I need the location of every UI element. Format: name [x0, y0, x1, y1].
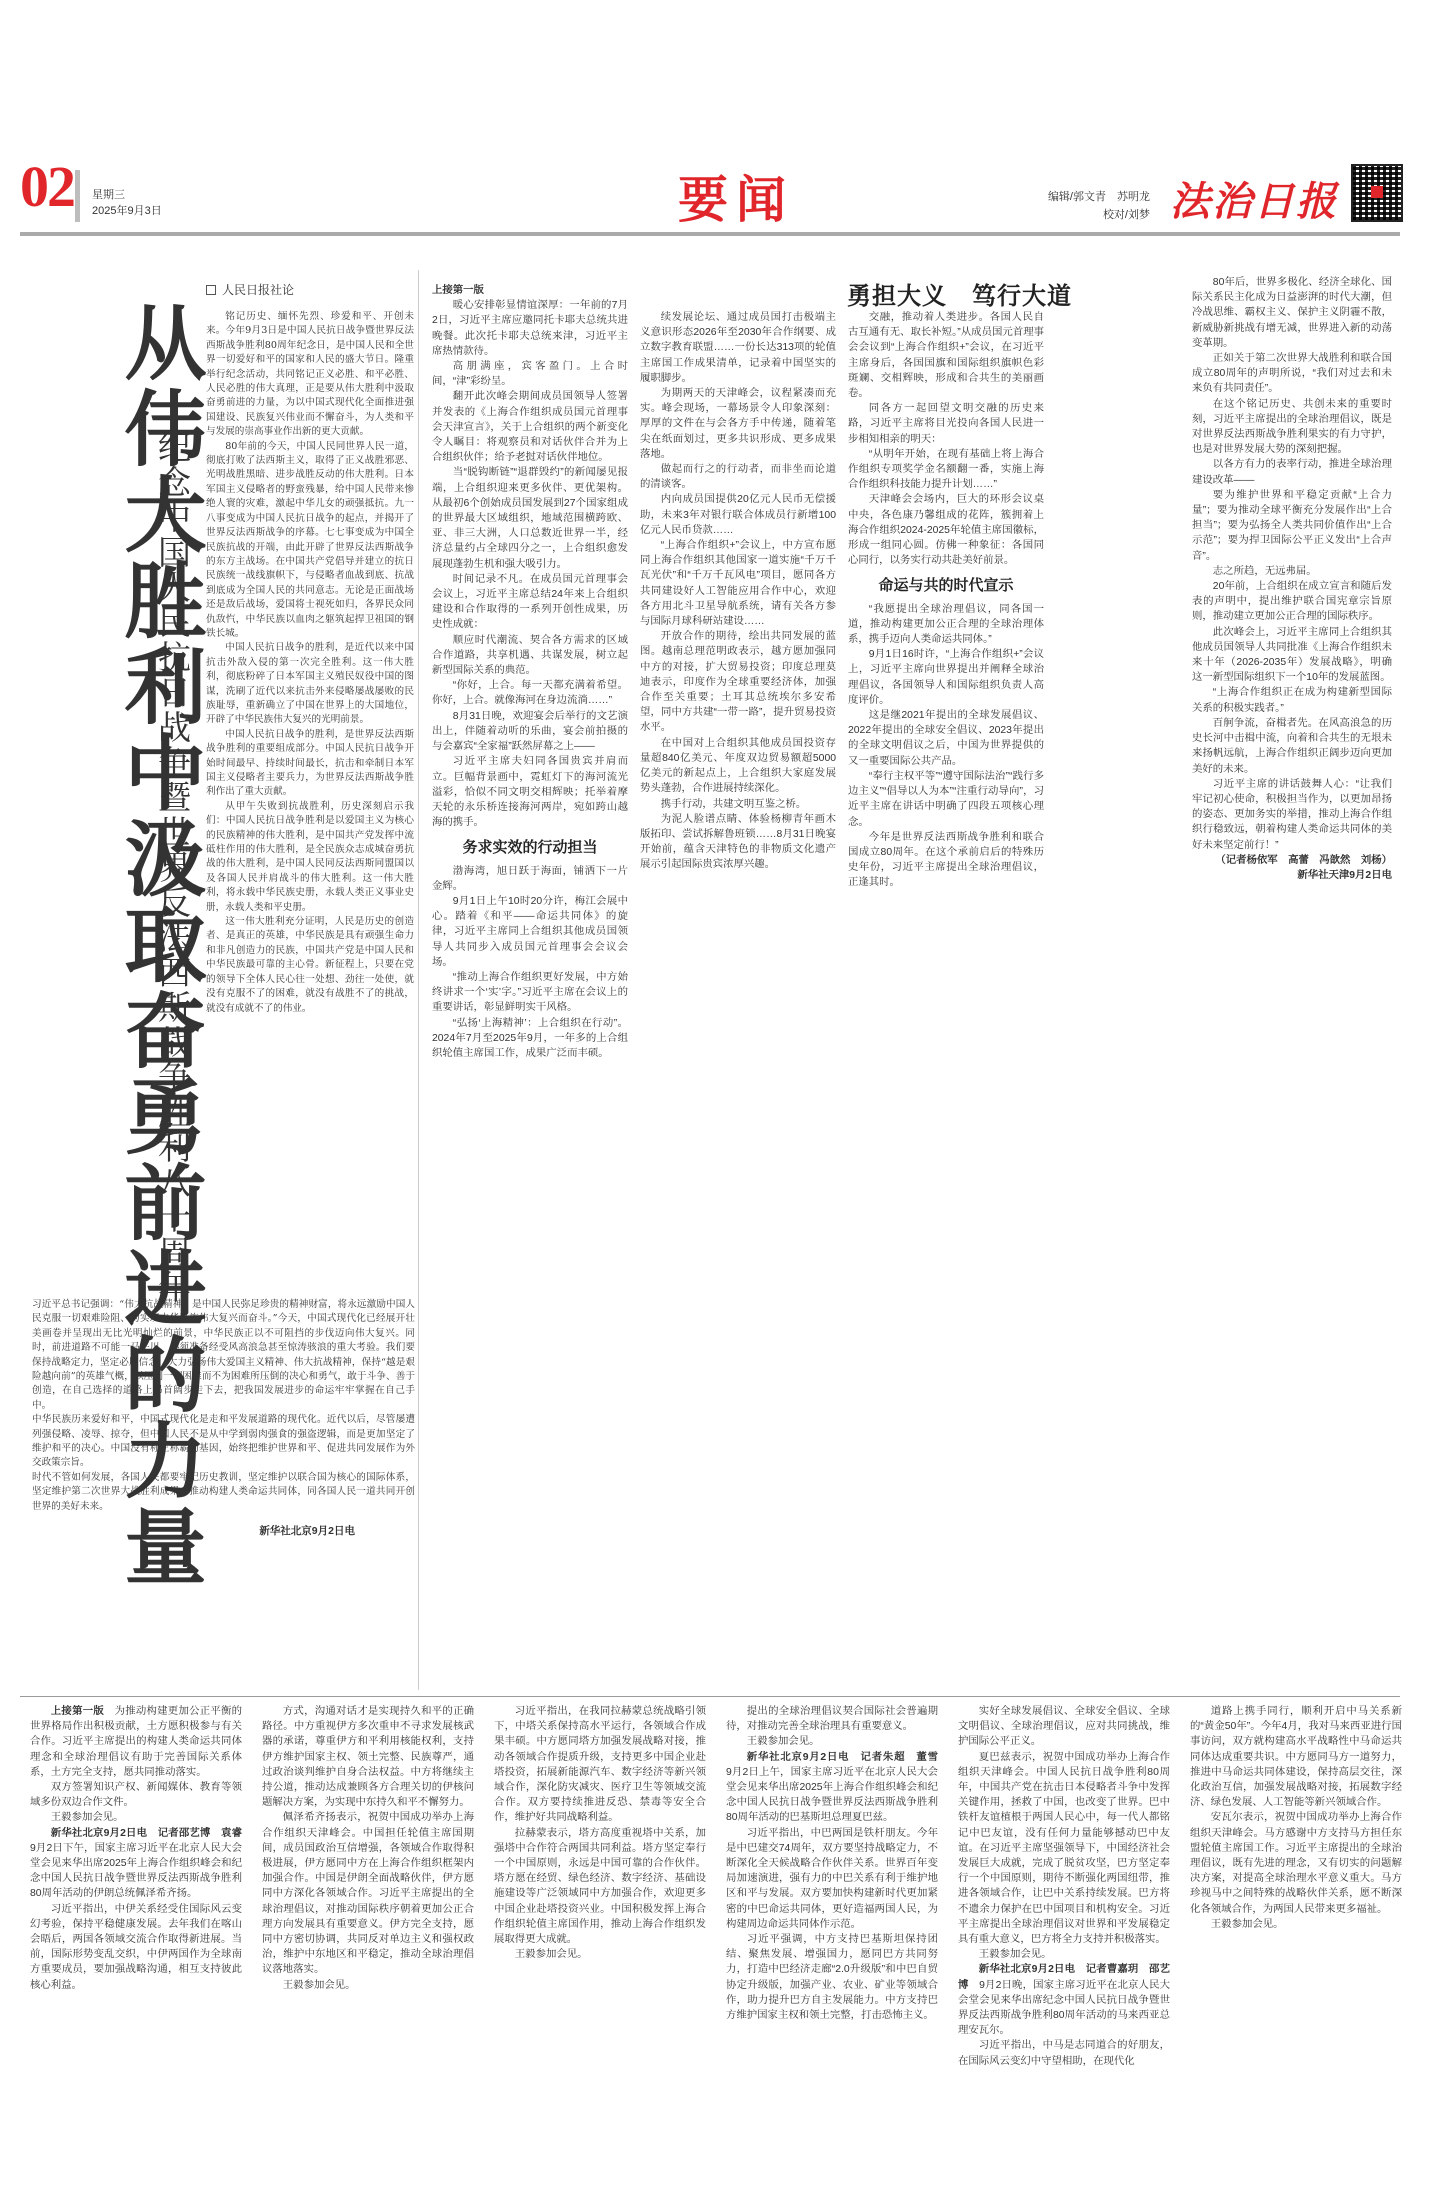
paragraph: 翻开此次峰会期间成员国领导人签署并发表的《上海合作组织成员国元首理事会天津宣言》… — [432, 389, 628, 465]
paragraph: 提出的全球治理倡议契合国际社会普遍期待，对推动完善全球治理具有重要意义。 — [726, 1704, 938, 1734]
column-divider — [418, 270, 419, 1690]
editorial-column: 铭记历史、缅怀先烈、珍爱和平、开创未来。今年9月3日是中国人民抗日战争暨世界反法… — [206, 310, 414, 1016]
feature-column-4: 80年后，世界多极化、经济全球化、国际关系民主化成为日益澎湃的时代大潮，但冷战思… — [1192, 275, 1392, 1685]
paragraph: “弘扬‘上海精神’：上合组织在行动”。2024年7月至2025年9月，一年多的上… — [432, 1016, 628, 1062]
paragraph: 正如关于第二次世界大战胜利和联合国成立80周年的声明所说，“我们对过去和未来负有… — [1192, 351, 1392, 397]
paragraph: “推动上海合作组织更好发展，中方始终讲求一个‘实’字。”习近平主席在会议上的重要… — [432, 970, 628, 1016]
bottom-column-1: 上接第一版 为推动构建更加公正平衡的世界格局作出积极贡献，土方愿积极参与有关合作… — [30, 1704, 242, 2184]
paragraph: 内向成员国提供20亿元人民币无偿援助，未来3年对银行联合体成员行新增100亿元人… — [640, 492, 836, 538]
paragraph: 王毅参加会见。 — [1190, 1917, 1402, 1932]
paragraph: 习近平指出，中马是志同道合的好朋友，在国际风云变幻中守望相助，在现代化 — [958, 2038, 1170, 2068]
paragraph: 时代不管如何发展，各国人民都要牢记历史教训，坚定维护以联合国为核心的国际体系，坚… — [32, 1471, 415, 1514]
subheading: 命运与共的时代宣示 — [848, 578, 1044, 593]
paragraph: 道路上携手同行，顺利开启中马关系新的“黄金50年”。今年4月，我对马来西亚进行国… — [1190, 1704, 1402, 1810]
paragraph: 夏巴兹表示，祝贺中国成功举办上海合作组织天津峰会。中国人民抗日战争胜利80周年，… — [958, 1750, 1170, 1948]
lead: 新华社北京9月2日电 记者邵艺博 袁睿 — [51, 1828, 242, 1839]
bottom-column-4: 提出的全球治理倡议契合国际社会普遍期待，对推动完善全球治理具有重要意义。 王毅参… — [726, 1704, 938, 2184]
paragraph: 拉赫蒙表示，塔方高度重视塔中关系，加强塔中合作符合两国共同利益。塔方坚定奉行一个… — [494, 1826, 706, 1948]
paragraph: 续发展论坛、通过成员国打击极端主义意识形态2026年至2030年合作纲要、成立数… — [640, 310, 836, 386]
paragraph: 开放合作的期待，绘出共同发展的蓝图。越南总理范明政表示，越方愿加强同中方的对接，… — [640, 629, 836, 735]
paragraph: 王毅参加会见。 — [494, 1947, 706, 1962]
paragraph: 顺应时代潮流、契合各方需求的区域合作道路，共享机遇、共谋发展，树立起新型国际关系… — [432, 633, 628, 679]
paragraph: 王毅参加会见。 — [30, 1810, 242, 1825]
masthead: 02 星期三 2025年9月3日 要闻 编辑/郭文青 苏明龙 校对/刘梦 法治日… — [0, 130, 1440, 250]
page-number: 02 — [20, 158, 74, 216]
paragraph: 王毅参加会见。 — [262, 1978, 474, 1993]
issue-date: 星期三 2025年9月3日 — [92, 187, 162, 219]
square-icon — [206, 285, 216, 295]
paragraph: 习近平指出，中巴两国是铁杆朋友。今年是中巴建交74周年，双方要坚持战略定力，不断… — [726, 1826, 938, 1932]
paragraph: 20年前，上合组织在成立宣言和随后发表的声明中，提出维护联合国宪章宗旨原则，推动… — [1192, 579, 1392, 625]
paragraph: 安瓦尔表示，祝贺中国成功举办上海合作组织天津峰会。马方感谢中方支持马方担任东盟轮… — [1190, 1810, 1402, 1916]
paragraph: “上海合作组织+”会议上，中方宣布愿同上海合作组织其他国家一道实施“千万千瓦光伏… — [640, 538, 836, 629]
paragraph: 双方签署知识产权、新闻媒体、教育等领域多份双边合作文件。 — [30, 1780, 242, 1810]
paragraph: “你好，上合。每一天都充满着希望。你好，上合。就像海河在身边流淌……” — [432, 678, 628, 708]
feature-column-3: 交融，推动着人类进步。各国人民自古互通有无、取长补短。”从成员国元首理事会会议到… — [848, 310, 1044, 1685]
editor-credits: 编辑/郭文青 苏明龙 校对/刘梦 — [1000, 188, 1150, 224]
paragraph: 做起而行之的行动者，而非坐而论道的清谈客。 — [640, 462, 836, 492]
editor: 编辑/郭文青 苏明龙 — [1000, 188, 1150, 206]
paragraph: 携手行动，共建文明互鉴之桥。 — [640, 797, 836, 812]
paragraph: 当“脱钩断链”“退群毁约”的新闻屡见报端，上合组织迎来更多伙伴、更优架构。从最初… — [432, 465, 628, 571]
proofreader: 校对/刘梦 — [1000, 206, 1150, 224]
paragraph: 8月31日晚，欢迎宴会后举行的文艺演出上，伴随着动听的乐曲，宴会前拍摄的与会嘉宾… — [432, 709, 628, 755]
bottom-column-3: 习近平指出，在我同拉赫蒙总统战略引领下，中塔关系保持高水平运行，各领域合作成果丰… — [494, 1704, 706, 2184]
bottom-column-2: 方式，沟通对话才是实现持久和平的正确路径。中方重视伊方多次重申不寻求发展核武器的… — [262, 1704, 474, 2184]
paragraph: 此次峰会上，习近平主席同上合组织其他成员国领导人共同批准《上海合作组织未来十年（… — [1192, 625, 1392, 686]
subheading: 务求实效的行动担当 — [432, 840, 628, 855]
paragraph: 百舸争流，奋楫者先。在风高浪急的历史长河中击楫中流，向着和合共生的无垠未来扬帆远… — [1192, 716, 1392, 777]
paragraph: 高朋满座，宾客盈门。上合时间，“津”彩纷呈。 — [432, 359, 628, 389]
continued-label: 上接第一版 — [432, 283, 628, 298]
bottom-column-6: 道路上携手同行，顺利开启中马关系新的“黄金50年”。今年4月，我对马来西亚进行国… — [1190, 1704, 1402, 2184]
editorial-source: 人民日报社论 — [206, 281, 294, 298]
paragraph: 习近平总书记强调：“伟大抗战精神，是中国人民弥足珍贵的精神财富，将永远激励中国人… — [32, 1298, 415, 1413]
paragraph: 中国人民抗日战争的胜利，是世界反法西斯战争胜利的重要组成部分。中国人民抗日战争开… — [206, 728, 414, 800]
section-title: 要闻 — [678, 160, 794, 232]
paragraph: 80年前的今天，中国人民同世界人民一道，彻底打败了法西斯主义，取得了正义战胜邪恶… — [206, 440, 414, 642]
paragraph: 以各方有力的表率行动，推进全球治理建设改革—— — [1192, 457, 1392, 487]
bottom-column-5: 实好全球发展倡议、全球安全倡议、全球文明倡议、全球治理倡议，应对共同挑战，维护国… — [958, 1704, 1170, 2184]
paragraph: “从明年开始，在现有基础上将上海合作组织专项奖学金名额翻一番，实施上海合作组织科… — [848, 447, 1044, 493]
paragraph: 实好全球发展倡议、全球安全倡议、全球文明倡议、全球治理倡议，应对共同挑战，维护国… — [958, 1704, 1170, 1750]
paragraph: 王毅参加会见。 — [958, 1947, 1170, 1962]
paragraph: 这一伟大胜利充分证明，人民是历史的创造者、是真正的英雄，中华民族是具有顽强生命力… — [206, 915, 414, 1016]
paragraph: “上海合作组织正在成为构建新型国际关系的积极实践者。” — [1192, 685, 1392, 715]
paragraph: 习近平主席夫妇同各国贵宾并肩而立。巨幅背景画中，霓虹灯下的海河流光溢彩，恰似不同… — [432, 754, 628, 830]
feature-column-2: 续发展论坛、通过成员国打击极端主义意识形态2026年至2030年合作纲要、成立数… — [640, 310, 836, 1685]
paragraph: 在这个铭记历史、共创未来的重要时刻，习近平主席提出的全球治理倡议，既是对世界反法… — [1192, 397, 1392, 458]
paragraph: 从甲午失败到抗战胜利，历史深刻启示我们：中国人民抗日战争胜利是以爱国主义为核心的… — [206, 800, 414, 915]
paragraph: 为泥人脸谱点睛、体验杨柳青年画木版拓印、尝试拆解鲁班锁……8月31日晚宴开始前，… — [640, 812, 836, 873]
lead: 上接第一版 — [51, 1706, 104, 1717]
paragraph: 这是继2021年提出的全球发展倡议、2022年提出的全球安全倡议、2023年提出… — [848, 708, 1044, 769]
dateline: 新华社天津9月2日电 — [1192, 868, 1392, 883]
editorial-wide-column: 习近平总书记强调：“伟大抗战精神，是中国人民弥足珍贵的精神财富，将永远激励中国人… — [32, 1298, 415, 1539]
byline: （记者杨依军 高蕾 冯歆然 刘杨） — [1192, 853, 1392, 868]
paragraph: 习近平主席的讲话鼓舞人心：“让我们牢记初心使命，积极担当作为，以更加昂扬的姿态、… — [1192, 777, 1392, 853]
paragraph: 暖心安排彰显情谊深厚：一年前的7月2日，习近平主席应邀同托卡耶夫总统共进晚餐。此… — [432, 298, 628, 359]
paragraph: 习近平指出，在我同拉赫蒙总统战略引领下，中塔关系保持高水平运行，各领域合作成果丰… — [494, 1704, 706, 1826]
section-divider — [20, 1696, 1400, 1697]
lead: 新华社北京9月2日电 记者朱超 董雪 — [747, 1752, 938, 1763]
paragraph: “我愿提出全球治理倡议，同各国一道，推动构建更加公正合理的全球治理体系，携手迈向… — [848, 602, 1044, 648]
qr-code-icon[interactable] — [1351, 164, 1403, 222]
editorial-subheadline: 纪念中国人民抗日战争暨世界反法西斯战争胜利八十周年 — [150, 430, 192, 1305]
paragraph: 习近平强调，中方支持巴基斯坦保持团结、聚焦发展、增强国力，愿同巴方共同努力，打造… — [726, 1932, 938, 2023]
paragraph: 时间记录不凡。在成员国元首理事会会议上，习近平主席总结24年来上合组织建设和合作… — [432, 572, 628, 633]
paragraph: 交融，推动着人类进步。各国人民自古互通有无、取长补短。”从成员国元首理事会会议到… — [848, 310, 1044, 401]
date: 2025年9月3日 — [92, 203, 162, 219]
feature-column-1: 上接第一版 暖心安排彰显情谊深厚：一年前的7月2日，习近平主席应邀同托卡耶夫总统… — [432, 283, 628, 1683]
paragraph: 为期两天的天津峰会，议程紧凑而充实。峰会现场，一幕场景令人印象深刻：厚厚的文件在… — [640, 386, 836, 462]
paragraph: 9月1日16时许，“上海合作组织+”会议上，习近平主席向世界提出并阐释全球治理倡… — [848, 647, 1044, 708]
paragraph: 铭记历史、缅怀先烈、珍爱和平、开创未来。今年9月3日是中国人民抗日战争暨世界反法… — [206, 310, 414, 440]
paragraph: 渤海湾，旭日跃于海面，铺洒下一片金辉。 — [432, 864, 628, 894]
paragraph: 志之所趋，无远弗届。 — [1192, 564, 1392, 579]
paragraph: 今年是世界反法西斯战争胜利和联合国成立80周年。在这个承前启后的特殊历史年份，习… — [848, 830, 1044, 891]
paragraph: 在中国对上合组织其他成员国投资存量超840亿美元、年度双边贸易额超5000亿美元… — [640, 736, 836, 797]
paragraph: “奉行主权平等”“遵守国际法治”“践行多边主义”“倡导以人为本”“注重行动导向”… — [848, 769, 1044, 830]
paragraph: 佩泽希齐扬表示，祝贺中国成功举办上海合作组织天津峰会。中国担任轮值主席国期间，成… — [262, 1810, 474, 1977]
paragraph: 80年后，世界多极化、经济全球化、国际关系民主化成为日益澎湃的时代大潮，但冷战思… — [1192, 275, 1392, 351]
feature-headline: 勇担大义 笃行大道 — [847, 276, 1072, 311]
dateline: 新华社北京9月2日电 — [32, 1524, 415, 1538]
paragraph: 同各方一起回望文明交融的历史来路，习近平主席将目光投向各国人民进一步相知相亲的明… — [848, 401, 1044, 447]
weekday: 星期三 — [92, 187, 162, 203]
paragraph: 要为维护世界和平稳定贡献“上合力量”；要为推动全球平衡充分发展作出“上合担当”；… — [1192, 488, 1392, 564]
paragraph: 王毅参加会见。 — [726, 1734, 938, 1749]
paragraph: 习近平指出，中伊关系经受住国际风云变幻考验，保持平稳健康发展。去年我们在喀山会晤… — [30, 1902, 242, 1993]
paragraph: 天津峰会会场内，巨大的环形会议桌中央，各色康乃馨组成的花阵，簇拥着上海合作组织2… — [848, 492, 1044, 568]
masthead-rule — [20, 232, 1400, 236]
paragraph: 中国人民抗日战争的胜利，是近代以来中国抗击外敌入侵的第一次完全胜利。这一伟大胜利… — [206, 641, 414, 727]
paragraph: 方式，沟通对话才是实现持久和平的正确路径。中方重视伊方多次重申不寻求发展核武器的… — [262, 1704, 474, 1810]
newspaper-logo: 法治日报 — [1170, 170, 1338, 227]
page-number-divider — [75, 170, 80, 222]
paragraph: 中华民族历来爱好和平，中国式现代化是走和平发展道路的现代化。近代以后，尽管屡遭列… — [32, 1413, 415, 1471]
paragraph: 9月1日上午10时20分许，梅江会展中心。踏着《和平——命运共同体》的旋律，习近… — [432, 894, 628, 970]
